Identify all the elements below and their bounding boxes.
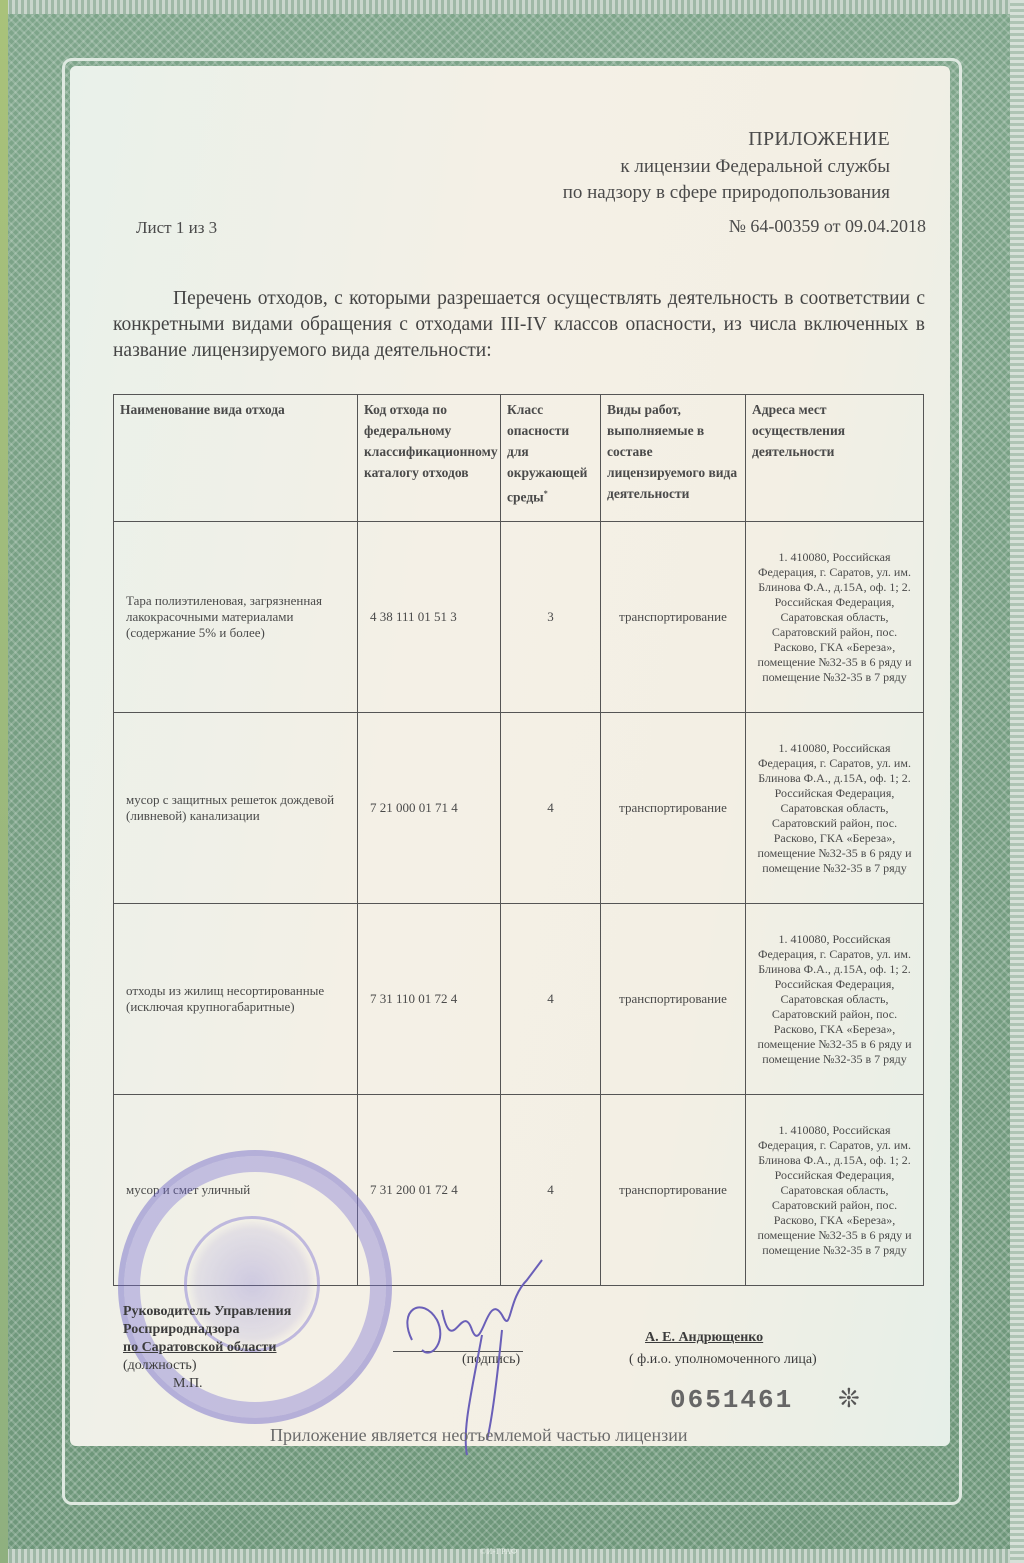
- border-strip-left: [0, 0, 8, 1563]
- hazard-class: 3: [501, 522, 601, 713]
- waste-table: Наименование вида отхода Код отхода по ф…: [113, 394, 924, 1286]
- appendix-subtitle-line1: к лицензии Федеральной службы: [620, 156, 890, 178]
- waste-name: мусор с защитных решеток дождевой (ливне…: [114, 713, 358, 904]
- signatory-name: А. Е. Андрющенко: [645, 1330, 763, 1346]
- footer-note: Приложение является неотъемлемой частью …: [270, 1425, 688, 1446]
- work-type: транспортирование: [601, 904, 746, 1095]
- col-hazard-class: Класс опасности для окружающей среды*: [501, 395, 601, 522]
- intro-paragraph: Перечень отходов, с которыми разрешается…: [113, 286, 925, 364]
- activity-address: 1. 410080, Российская Федерация, г. Сара…: [746, 713, 924, 904]
- col-waste-code: Код отхода по федеральному классификацио…: [358, 395, 501, 522]
- col-addresses: Адреса мест осуществления деятельности: [746, 395, 924, 522]
- table-row: мусор и смет уличный 7 31 200 01 72 4 4 …: [114, 1095, 924, 1286]
- waste-code: 7 21 000 01 71 4: [358, 713, 501, 904]
- waste-name: мусор и смет уличный: [114, 1095, 358, 1286]
- activity-address: 1. 410080, Российская Федерация, г. Сара…: [746, 522, 924, 713]
- waste-name: Тара полиэтиленовая, загрязненная лакокр…: [114, 522, 358, 713]
- hazard-class: 4: [501, 904, 601, 1095]
- work-type: транспортирование: [601, 713, 746, 904]
- appendix-title: ПРИЛОЖЕНИЕ: [748, 128, 890, 151]
- waste-name: отходы из жилищ несортированные (исключа…: [114, 904, 358, 1095]
- work-type: транспортирование: [601, 522, 746, 713]
- table-row: Тара полиэтиленовая, загрязненная лакокр…: [114, 522, 924, 713]
- col-work-types: Виды работ, выполняемые в составе лиценз…: [601, 395, 746, 522]
- signatory-position: Руководитель Управления Росприроднадзора…: [123, 1303, 291, 1357]
- work-type: транспортирование: [601, 1095, 746, 1286]
- intro-text: Перечень отходов, с которыми разрешается…: [113, 286, 925, 364]
- activity-address: 1. 410080, Российская Федерация, г. Сара…: [746, 904, 924, 1095]
- form-serial-number: 0651461: [670, 1385, 793, 1415]
- col-waste-name: Наименование вида отхода: [114, 395, 358, 522]
- snowflake-asterisk-icon: ❊: [838, 1384, 860, 1414]
- waste-code: 4 38 111 01 51 3: [358, 522, 501, 713]
- signatory-position-block: Руководитель Управления Росприроднадзора…: [123, 1303, 291, 1393]
- border-strip-right: [1010, 0, 1024, 1563]
- table-row: отходы из жилищ несортированные (исключа…: [114, 904, 924, 1095]
- waste-code: 7 31 200 01 72 4: [358, 1095, 501, 1286]
- table-header-row: Наименование вида отхода Код отхода по ф…: [114, 395, 924, 522]
- table-row: мусор с защитных решеток дождевой (ливне…: [114, 713, 924, 904]
- sheet-counter: Лист 1 из 3: [136, 218, 217, 238]
- appendix-subtitle-line2: по надзору в сфере природопользования: [563, 182, 890, 204]
- license-number: № 64-00359 от 09.04.2018: [729, 216, 926, 237]
- activity-address: 1. 410080, Российская Федерация, г. Сара…: [746, 1095, 924, 1286]
- signature-caption: (подпись): [462, 1352, 520, 1368]
- hazard-class: 4: [501, 713, 601, 904]
- border-strip-top: [0, 0, 1024, 14]
- seal-caption: М.П.: [123, 1375, 291, 1393]
- hazard-class: 4: [501, 1095, 601, 1286]
- printer-mark: ©И-ГРАФ: [480, 1547, 518, 1556]
- waste-code: 7 31 110 01 72 4: [358, 904, 501, 1095]
- signatory-name-caption: ( ф.и.о. уполномоченного лица): [629, 1352, 817, 1368]
- position-caption: (должность): [123, 1357, 291, 1375]
